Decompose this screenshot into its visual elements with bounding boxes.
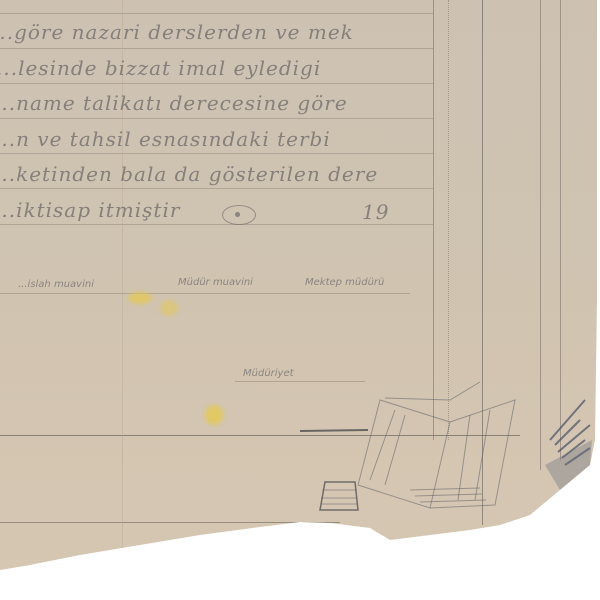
signature-bottom: Müdüriyet <box>243 368 294 379</box>
body-line-4: ...n ve tahsil esnasındaki terbi <box>0 127 331 151</box>
border-line <box>0 522 340 523</box>
seal-mark <box>222 205 256 225</box>
signature-right: Mektep müdürü <box>305 277 384 288</box>
certificate-paper: ...göre nazari derslerden ve mek ...lesi… <box>0 0 600 600</box>
ruled-line <box>0 118 433 119</box>
yellow-stain <box>205 405 223 425</box>
ruled-line <box>0 188 433 189</box>
ruled-line <box>0 13 433 14</box>
book-inkwell-sketch <box>300 370 600 540</box>
body-line-2: ...lesinde bizzat imal eyledigi <box>0 56 321 80</box>
ruled-line <box>0 83 433 84</box>
ruled-line <box>0 48 433 49</box>
yellow-stain <box>160 300 178 316</box>
ruled-line <box>0 224 433 225</box>
signature-middle: Müdür muavini <box>178 277 253 288</box>
signature-left: ...islah muavini <box>18 279 94 290</box>
fold-line <box>122 0 123 560</box>
body-line-5: ...ketinden bala da gösterilen dere <box>0 162 378 186</box>
yellow-stain <box>128 292 152 304</box>
body-line-3: ...name talikatı derecesine göre <box>0 91 348 115</box>
ruled-line <box>0 153 433 154</box>
body-line-1: ...göre nazari derslerden ve mek <box>0 20 354 44</box>
date-year: 19 <box>362 200 389 224</box>
body-line-6: ...iktisap itmiştir <box>0 198 180 222</box>
signature-line <box>0 293 410 294</box>
